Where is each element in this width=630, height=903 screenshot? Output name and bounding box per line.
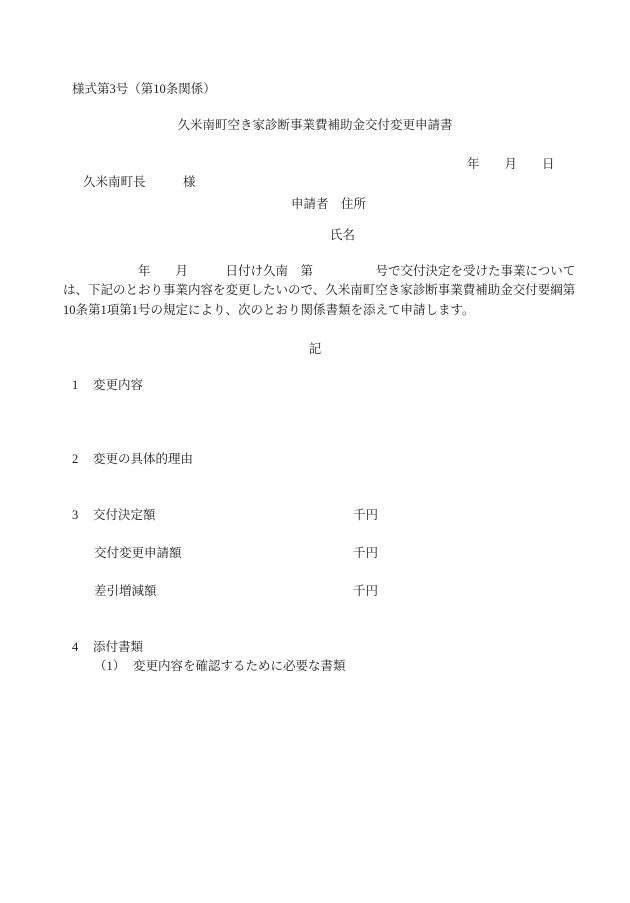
item-label: 交付決定額 <box>93 507 156 523</box>
item-number: 1 <box>72 377 78 393</box>
item-change-details: 1 変更内容 <box>0 377 630 393</box>
item-attached-documents: 4 添付書類 <box>0 639 630 655</box>
addressee-line: 久米南町長 様 <box>83 174 196 190</box>
record-marker: 記 <box>0 341 630 357</box>
attachment-item-1: （1） 変更内容を確認するために必要な書類 <box>0 658 630 674</box>
attachment-label: 変更内容を確認するために必要な書類 <box>133 658 346 674</box>
form-number: 様式第3号（第10条関係） <box>72 81 216 97</box>
item-label: 添付書類 <box>93 639 143 655</box>
item-grant-decided-amount: 3 交付決定額 千円 <box>0 507 630 523</box>
amount-unit: 千円 <box>353 507 378 523</box>
body-line-1: 年 月 日付け久南 第 号で交付決定を受けた事業について <box>63 262 579 281</box>
item-difference-amount: 差引増減額 千円 <box>0 583 630 599</box>
item-label: 交付変更申請額 <box>94 545 182 561</box>
amount-unit: 千円 <box>353 583 378 599</box>
applicant-name-line: 氏名 <box>330 227 355 243</box>
item-number: 4 <box>72 639 78 655</box>
item-number: 2 <box>72 451 78 467</box>
date-line: 年 月 日 <box>467 156 555 172</box>
body-paragraph: 年 月 日付け久南 第 号で交付決定を受けた事業について は、下記のとおり事業内… <box>63 262 579 320</box>
document-title: 久米南町空き家診断事業費補助金交付変更申請書 <box>0 117 630 133</box>
item-label: 差引増減額 <box>94 583 157 599</box>
item-label: 変更の具体的理由 <box>93 451 193 467</box>
item-number: 3 <box>72 507 78 523</box>
item-change-reason: 2 変更の具体的理由 <box>0 451 630 467</box>
applicant-address-line: 申請者 住所 <box>291 196 366 212</box>
amount-unit: 千円 <box>353 545 378 561</box>
attachment-number: （1） <box>94 658 125 674</box>
body-line-3: 10条第1項第1号の規定により、次のとおり関係書類を添えて申請します。 <box>63 301 579 320</box>
document-page: 様式第3号（第10条関係） 久米南町空き家診断事業費補助金交付変更申請書 年 月… <box>0 0 630 903</box>
body-line-2: は、下記のとおり事業内容を変更したいので、久米南町空き家診断事業費補助金交付要綱… <box>63 281 579 300</box>
item-label: 変更内容 <box>93 377 143 393</box>
item-grant-change-request-amount: 交付変更申請額 千円 <box>0 545 630 561</box>
